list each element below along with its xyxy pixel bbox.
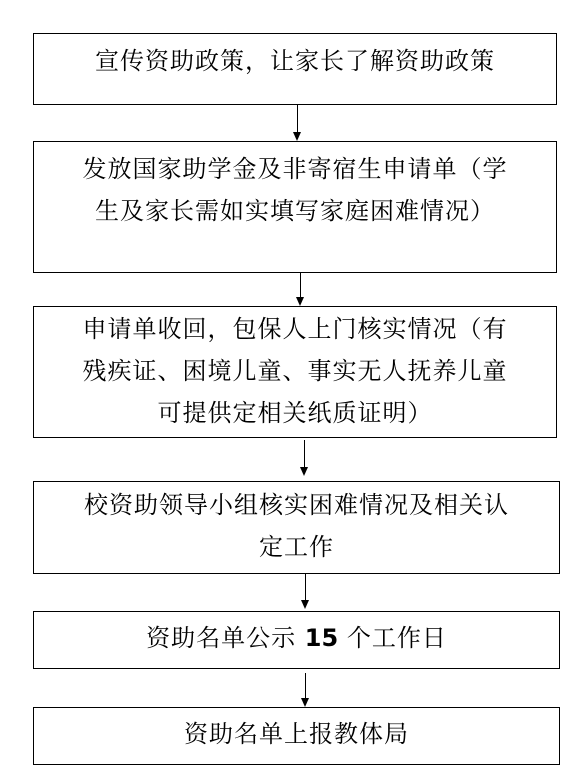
flow-step-5-public-notice: 资助名单公示 15 个工作日 bbox=[33, 611, 560, 669]
step-6-text: 资助名单上报教体局 bbox=[42, 713, 551, 755]
arrow-down-icon bbox=[300, 440, 309, 476]
step-4-line-1: 校资助领导小组核实困难情况及相关认 bbox=[42, 484, 551, 526]
arrow-down-icon bbox=[296, 273, 305, 306]
step-5-suffix: 个工作日 bbox=[338, 624, 447, 652]
flow-step-1-publicize-policy: 宣传资助政策，让家长了解资助政策 bbox=[33, 33, 557, 105]
step-2-line-1: 发放国家助学金及非寄宿生申请单（学 bbox=[42, 148, 548, 190]
flow-step-2-distribute-application: 发放国家助学金及非寄宿生申请单（学 生及家长需如实填写家庭困难情况） bbox=[33, 141, 557, 273]
step-3-line-3: 可提供定相关纸质证明） bbox=[42, 392, 548, 434]
step-4-line-2: 定工作 bbox=[42, 526, 551, 568]
step-2-line-2: 生及家长需如实填写家庭困难情况） bbox=[42, 190, 548, 232]
step-5-text: 资助名单公示 15 个工作日 bbox=[42, 617, 551, 659]
step-3-line-2: 残疾证、困境儿童、事实无人抚养儿童 bbox=[42, 350, 548, 392]
page-number-clipped bbox=[268, 767, 308, 775]
arrow-down-icon bbox=[301, 574, 310, 609]
step-1-text: 宣传资助政策，让家长了解资助政策 bbox=[42, 40, 548, 82]
arrow-down-icon bbox=[301, 673, 310, 707]
flow-step-6-report-to-bureau: 资助名单上报教体局 bbox=[33, 707, 560, 765]
flow-step-4-committee-review: 校资助领导小组核实困难情况及相关认 定工作 bbox=[33, 481, 560, 574]
arrow-down-icon bbox=[293, 105, 302, 141]
step-3-line-1: 申请单收回，包保人上门核实情况（有 bbox=[42, 308, 548, 350]
step-5-prefix: 资助名单公示 bbox=[146, 624, 305, 652]
step-5-days-count: 15 bbox=[305, 624, 338, 652]
flow-step-3-collect-and-verify: 申请单收回，包保人上门核实情况（有 残疾证、困境儿童、事实无人抚养儿童 可提供定… bbox=[33, 306, 557, 438]
